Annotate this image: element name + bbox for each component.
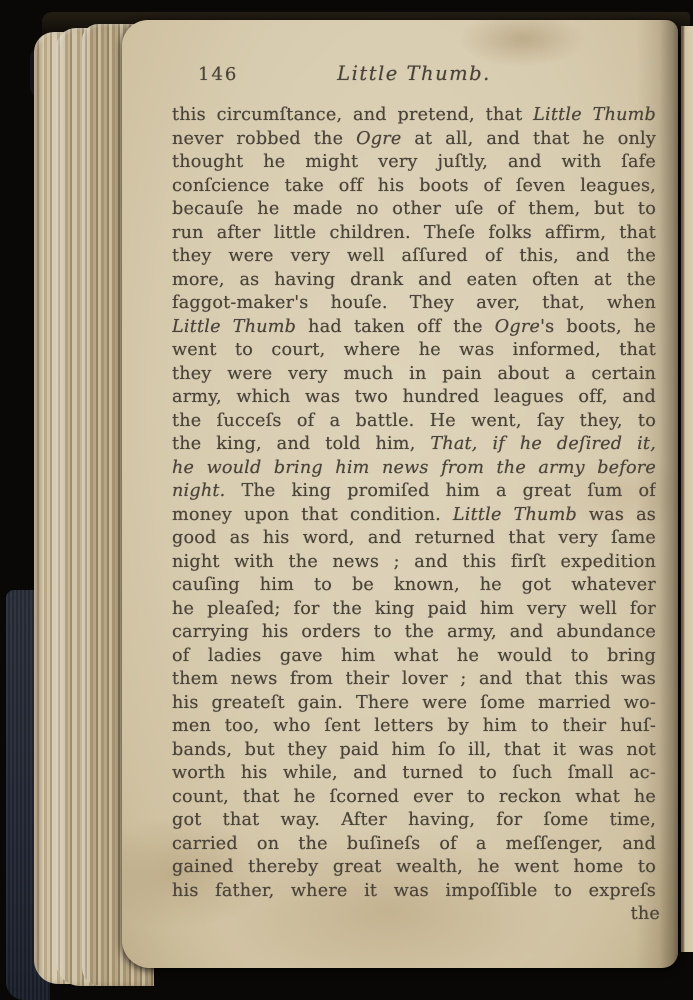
text-line: thought he might very juſtly, and with ſ… xyxy=(172,151,656,175)
text-line: men too, who ſent letters by him to thei… xyxy=(172,715,656,739)
page-header: 146 Little Thumb. xyxy=(172,64,656,91)
text-line: faggot-maker's houſe. They aver, that, w… xyxy=(172,292,656,316)
text-line: conſcience take off his boots of ſeven l… xyxy=(172,175,656,199)
book-page: 146 Little Thumb. this circumſtance, and… xyxy=(122,20,678,968)
text-line: becauſe he made no other uſe of them, bu… xyxy=(172,198,656,222)
text-line: night. The king promiſed him a great ſum… xyxy=(172,480,656,504)
text-line: gained thereby great wealth, he went hom… xyxy=(172,856,656,880)
text-line: worth his while, and turned to ſuch ſmal… xyxy=(172,762,656,786)
text-line: carried on the buſineſs of a meſſenger, … xyxy=(172,833,656,857)
text-line: army, which was two hundred leagues off,… xyxy=(172,386,656,410)
catchword: the xyxy=(631,904,660,924)
text-line: his greateſt gain. There were ſome marri… xyxy=(172,692,656,716)
text-line: never robbed the Ogre at all, and that h… xyxy=(172,128,656,152)
text-block: 146 Little Thumb. this circumſtance, and… xyxy=(172,64,656,927)
text-line: them news from their lover ; and that th… xyxy=(172,668,656,692)
text-line: his father, where it was impoſſible to e… xyxy=(172,880,656,904)
text-line: of ladies gave him what he would to brin… xyxy=(172,645,656,669)
facing-page-sliver xyxy=(681,26,693,952)
text-line: good as his word, and returned that very… xyxy=(172,527,656,551)
text-line: run after little children. Theſe folks a… xyxy=(172,222,656,246)
body-text: this circumſtance, and pretend, that Lit… xyxy=(172,104,656,903)
text-line: he would bring him news from the army be… xyxy=(172,457,656,481)
text-line: got that way. After having, for ſome tim… xyxy=(172,809,656,833)
text-line: more, as having drank and eaten often at… xyxy=(172,269,656,293)
text-line: went to court, where he was informed, th… xyxy=(172,339,656,363)
text-line: carrying his orders to the army, and abu… xyxy=(172,621,656,645)
text-line: they were very much in pain about a cert… xyxy=(172,363,656,387)
text-line: count, that he ſcorned ever to reckon wh… xyxy=(172,786,656,810)
running-title: Little Thumb. xyxy=(172,62,656,85)
text-line: the ſucceſs of a battle. He went, ſay th… xyxy=(172,410,656,434)
text-line: bands, but they paid him ſo ill, that it… xyxy=(172,739,656,763)
text-line: Little Thumb had taken off the Ogre's bo… xyxy=(172,316,656,340)
scanned-book-photo: 146 Little Thumb. this circumſtance, and… xyxy=(0,0,693,1000)
text-line: the king, and told him, That, if he deſi… xyxy=(172,433,656,457)
text-line: cauſing him to be known, he got whatever xyxy=(172,574,656,598)
text-line: they were very well aſſured of this, and… xyxy=(172,245,656,269)
text-line: he pleaſed; for the king paid him very w… xyxy=(172,598,656,622)
catchword-line: the xyxy=(172,903,660,927)
text-line: night with the news ; and this firſt exp… xyxy=(172,551,656,575)
text-line: money upon that condition. Little Thumb … xyxy=(172,504,656,528)
text-line: this circumſtance, and pretend, that Lit… xyxy=(172,104,656,128)
